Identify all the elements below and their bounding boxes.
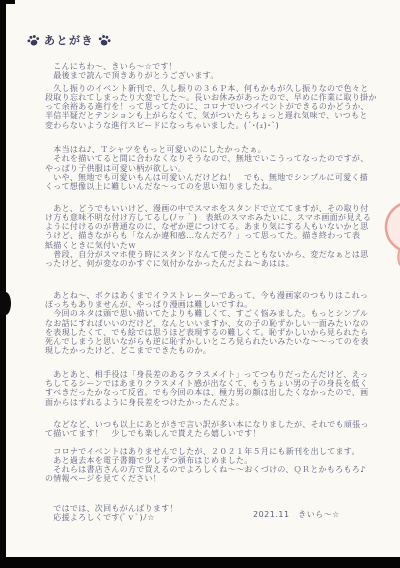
paw-icon	[97, 32, 112, 47]
text-line: あとあと、相手役は「身長差のあるクラスメイト」ってつもりだったんだけど、えっ	[45, 370, 390, 379]
afterword-page: あとがき こんにちわ～、きいら～☆です！ 最後まで読んで頂きありがとうございます…	[0, 0, 400, 568]
text-line: うけど、描きながらも「なんか違和感…なんだろ？」って思ってた。描き終わって表	[45, 231, 390, 240]
illustration-circle	[375, 203, 400, 269]
text-line: くって想像以上に難しいんだな～ってのを思い知りましたね。	[45, 182, 390, 191]
scan-corner-mark	[0, 0, 15, 4]
text-line: ちしてるシーンではあまりクラスメイト感が出なくて、もうちょい男の子の身長を低く	[45, 379, 390, 388]
text-line: 普段、自分がスマホ使う時にスタンドなんて使ったこともないから、変だなぁとは思	[45, 250, 390, 259]
scan-border-bottom	[0, 557, 400, 568]
text-line: なお話にすればいいのだけど、なんといいますか、女の子の恥ずかしい一面みたいなの	[45, 319, 390, 328]
scan-border-blob	[0, 292, 11, 315]
paw-icon	[26, 32, 42, 48]
text-line: すべきだったかなって反省。でも今回の本は、極力男の顔は出したくなかったので、画	[45, 388, 390, 397]
text-line: の情報ページを見てください！	[45, 474, 390, 483]
signature-date: 2021.11 きいら～☆	[253, 509, 340, 520]
paragraph-info: コロナでイベントはありませんでしたが、２０２１年５月にも新刊を出してます。 あと…	[45, 447, 390, 484]
text-line: 死んでしまうと思いながらも逆に恥ずかしいところ見られたいみたいな～～ってのを表	[45, 337, 390, 346]
title-text: あとがき	[44, 32, 94, 48]
paragraph-smartphone-stand: あと、どうでもいいけど、漫画の中でスマホをスタンドで立ててますが、その取り付け方…	[45, 204, 390, 269]
page-title: あとがき	[27, 32, 111, 48]
paragraph-event-book: 久し振りのイベント新刊で、久し振りの３６Ｐ本、何もかもが久し振りなので色々と段取…	[45, 84, 390, 130]
text-line: あとね～、ボクはあくまでイラストレーターであって、今も漫画家のつもりはこれっ	[45, 291, 390, 300]
paragraph-tshirt: 本当はね♪、Ｔシャツをもっと可愛いのにしたかったぁ。 それを描いてると間に合わな…	[45, 145, 390, 191]
text-line: 今回のネタは頭で思い描いてたよりも難しくて、すごく悩みました。もっとシンプル	[45, 309, 390, 318]
text-line: 本当はね♪、Ｔシャツをもっと可愛いのにしたかったぁ。	[45, 145, 390, 154]
paragraph-excuses: などなど、いつも以上にあとがきで言い訳が多い本になりましたが、それでも頑張って描…	[45, 420, 390, 439]
text-line: やっぱり子供服は可愛い柄が欲しい。	[45, 164, 390, 173]
text-line: 面からはずれるように身長差をつけたかったんだよ。	[45, 398, 390, 407]
text-line: こんにちわ～、きいら～☆です！	[45, 62, 390, 71]
text-line: あと、どうでもいいけど、漫画の中でスマホをスタンドで立ててますが、その取り付	[45, 204, 390, 213]
text-line: け方も意味不明な付け方してるし(ﾉヮ｀) 表紙のスマホみたいに、スマホ画面が見え…	[45, 213, 390, 222]
text-line: ぽっちもありませんが、やっぱり漫画は難しいですね。	[45, 300, 390, 309]
text-line: 最後まで読んで頂きありがとうございます。	[45, 71, 390, 80]
illustration-peek	[375, 203, 400, 269]
text-line: 半信半疑だとテンションも上がらなくて、気がついたらちょっと遅れ気味で、いつもと	[45, 111, 390, 120]
scan-border-left	[0, 0, 6, 568]
text-line: 現したかったけど、どこまでできたものか。	[45, 346, 390, 355]
text-line: などなど、いつも以上にあとがきで言い訳が多い本になりましたが、それでも頑張っ	[45, 420, 390, 429]
text-line: それらは書店さんの方で買えるのでよろしくね～～おくづけの、ＱＲとかもろもろ♪	[45, 465, 390, 474]
text-line: あと過去本を電子書籍で少しずつ頒布はじめました。	[45, 456, 390, 465]
paragraph-illustrator: あとね～、ボクはあくまでイラストレーターであって、今も漫画家のつもりはこれっぽっ…	[45, 291, 390, 356]
text-line: て描いてます！ 少しでも楽しんで貰えたら嬉しいです！	[45, 429, 390, 438]
text-line: 久し振りのイベント新刊で、久し振りの３６Ｐ本、何もかもが久し振りなので色々と	[45, 84, 390, 93]
text-line: 変わらないような進行スピードになっちゃいました。(´･(ｪ)･`)	[45, 121, 390, 130]
text-line: 紙描くときに気付いたｗ	[45, 241, 390, 250]
text-line: ったけど、何が変なのかすぐに気付かなかったんだよね～あはは。	[45, 259, 390, 268]
text-line: 段取り忘れてしまったり大変でした～。長いお休みがあったので、早めに作業に取り掛か	[45, 93, 390, 102]
text-line: それを描いてると間に合わなくなりそうなので、無地でいこうってなったのですが、	[45, 154, 390, 163]
afterword-text: こんにちわ～、きいら～☆です！ 最後まで読んで頂きありがとうございます。 久し振…	[45, 62, 390, 522]
text-line: コロナでイベントはありませんでしたが、２０２１年５月にも新刊を出してます。	[45, 447, 390, 456]
text-line: を表現したくて、でも絵では思うほど表現するの難しくて。恥ずかしいから見られたら	[45, 328, 390, 337]
paragraph-greeting: こんにちわ～、きいら～☆です！ 最後まで読んで頂きありがとうございます。	[45, 62, 390, 81]
paragraph-classmate: あとあと、相手役は「身長差のあるクラスメイト」ってつもりだったんだけど、えっちし…	[45, 370, 390, 407]
text-line: いや、無地でも可愛いもんは可愛いんだけどね！ でも、無地でシンプルに可愛く描	[45, 173, 390, 182]
